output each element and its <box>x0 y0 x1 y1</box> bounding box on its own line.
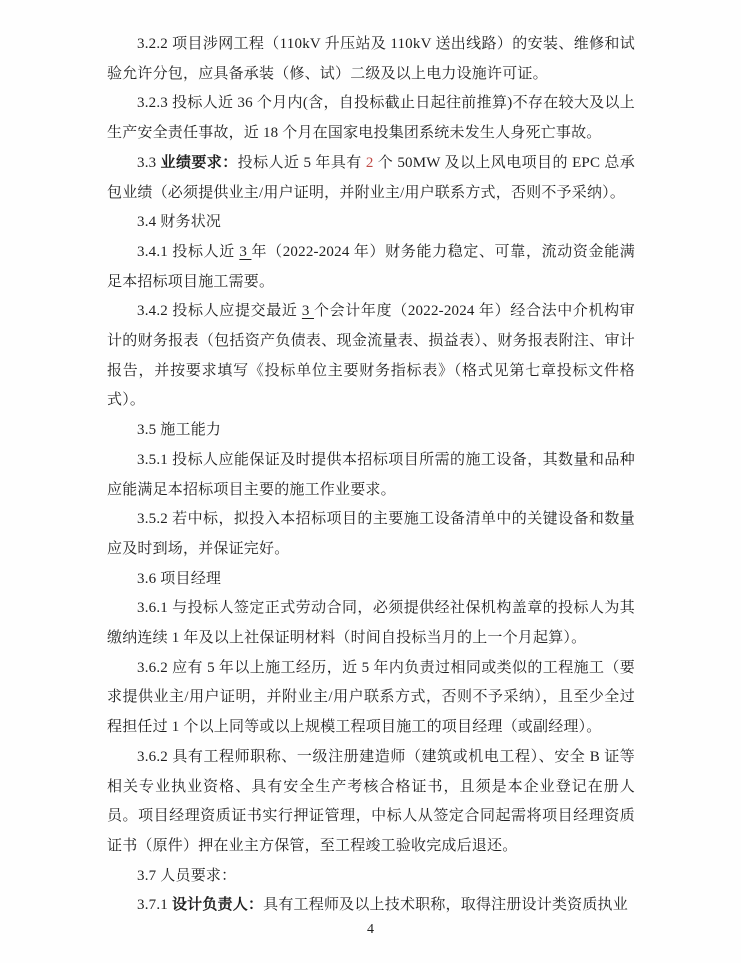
text-run-b: 业绩要求： <box>161 155 238 171</box>
text-run: 3.6 项目经理 <box>137 571 221 587</box>
text-run-b: 设计负责人： <box>172 897 263 913</box>
para-3-4: 3.4 财务状况 <box>107 208 635 238</box>
para-3-2-2: 3.2.2 项目涉网工程（110kV 升压站及 110kV 送出线路）的安装、维… <box>107 30 635 89</box>
para-3-4-1: 3.4.1 投标人近 3 年（2022-2024 年）财务能力稳定、可靠，流动资… <box>107 238 635 297</box>
para-3-6-2b: 3.6.2 具有工程师职称、一级注册建造师（建筑或机电工程）、安全 B 证等相关… <box>107 743 635 862</box>
text-run: 3.5 施工能力 <box>137 422 221 438</box>
page-number: 4 <box>367 922 374 937</box>
text-run: 投标人近 5 年具有 <box>238 155 366 171</box>
text-run: 3.6.2 具有工程师职称、一级注册建造师（建筑或机电工程）、安全 B 证等相关… <box>107 749 635 854</box>
para-3-2-3: 3.2.3 投标人近 36 个月内(含，自投标截止日起往前推算)不存在较大及以上… <box>107 89 635 148</box>
text-run: 3.2.3 投标人近 36 个月内(含，自投标截止日起往前推算)不存在较大及以上… <box>107 95 635 141</box>
text-run: 3.4.1 投标人近 <box>137 244 239 260</box>
text-run-red: 2 <box>366 155 374 171</box>
text-run: 3.2.2 项目涉网工程（110kV 升压站及 110kV 送出线路）的安装、维… <box>107 36 635 82</box>
page-footer: 4 <box>0 922 741 938</box>
para-3-6-1: 3.6.1 与投标人签定正式劳动合同，必须提供经社保机构盖章的投标人为其缴纳连续… <box>107 594 635 653</box>
para-3-7: 3.7 人员要求： <box>107 862 635 892</box>
text-run: 3.4.2 投标人应提交最近 <box>137 303 302 319</box>
text-run: 3.7.1 <box>137 897 172 913</box>
text-run-u: 3 <box>302 303 314 319</box>
para-3-6-2a: 3.6.2 应有 5 年以上施工经历，近 5 年内负责过相同或类似的工程施工（要… <box>107 654 635 743</box>
text-run: 3.4 财务状况 <box>137 214 221 230</box>
para-3-5: 3.5 施工能力 <box>107 416 635 446</box>
document-body: 3.2.2 项目涉网工程（110kV 升压站及 110kV 送出线路）的安装、维… <box>107 30 635 921</box>
para-3-7-1: 3.7.1 设计负责人：具有工程师及以上技术职称，取得注册设计类资质执业 <box>107 891 635 921</box>
text-run: 3.6.1 与投标人签定正式劳动合同，必须提供经社保机构盖章的投标人为其缴纳连续… <box>107 600 635 646</box>
para-3-5-2: 3.5.2 若中标，拟投入本招标项目的主要施工设备清单中的关键设备和数量应及时到… <box>107 505 635 564</box>
text-run: 3.3 <box>137 155 161 171</box>
text-run: 3.7 人员要求： <box>137 868 236 884</box>
text-run: 3.5.1 投标人应能保证及时提供本招标项目所需的施工设备，其数量和品种应能满足… <box>107 452 635 498</box>
text-run: 3.6.2 应有 5 年以上施工经历，近 5 年内负责过相同或类似的工程施工（要… <box>107 660 635 735</box>
para-3-4-2: 3.4.2 投标人应提交最近 3 个会计年度（2022-2024 年）经合法中介… <box>107 297 635 416</box>
para-3-6: 3.6 项目经理 <box>107 565 635 595</box>
document-page: 3.2.2 项目涉网工程（110kV 升压站及 110kV 送出线路）的安装、维… <box>0 0 741 963</box>
para-3-5-1: 3.5.1 投标人应能保证及时提供本招标项目所需的施工设备，其数量和品种应能满足… <box>107 446 635 505</box>
text-run: 具有工程师及以上技术职称，取得注册设计类资质执业 <box>263 897 628 913</box>
text-run-u: 3 <box>239 244 251 260</box>
para-3-3: 3.3 业绩要求：投标人近 5 年具有 2 个 50MW 及以上风电项目的 EP… <box>107 149 635 208</box>
text-run: 3.5.2 若中标，拟投入本招标项目的主要施工设备清单中的关键设备和数量应及时到… <box>107 511 635 557</box>
